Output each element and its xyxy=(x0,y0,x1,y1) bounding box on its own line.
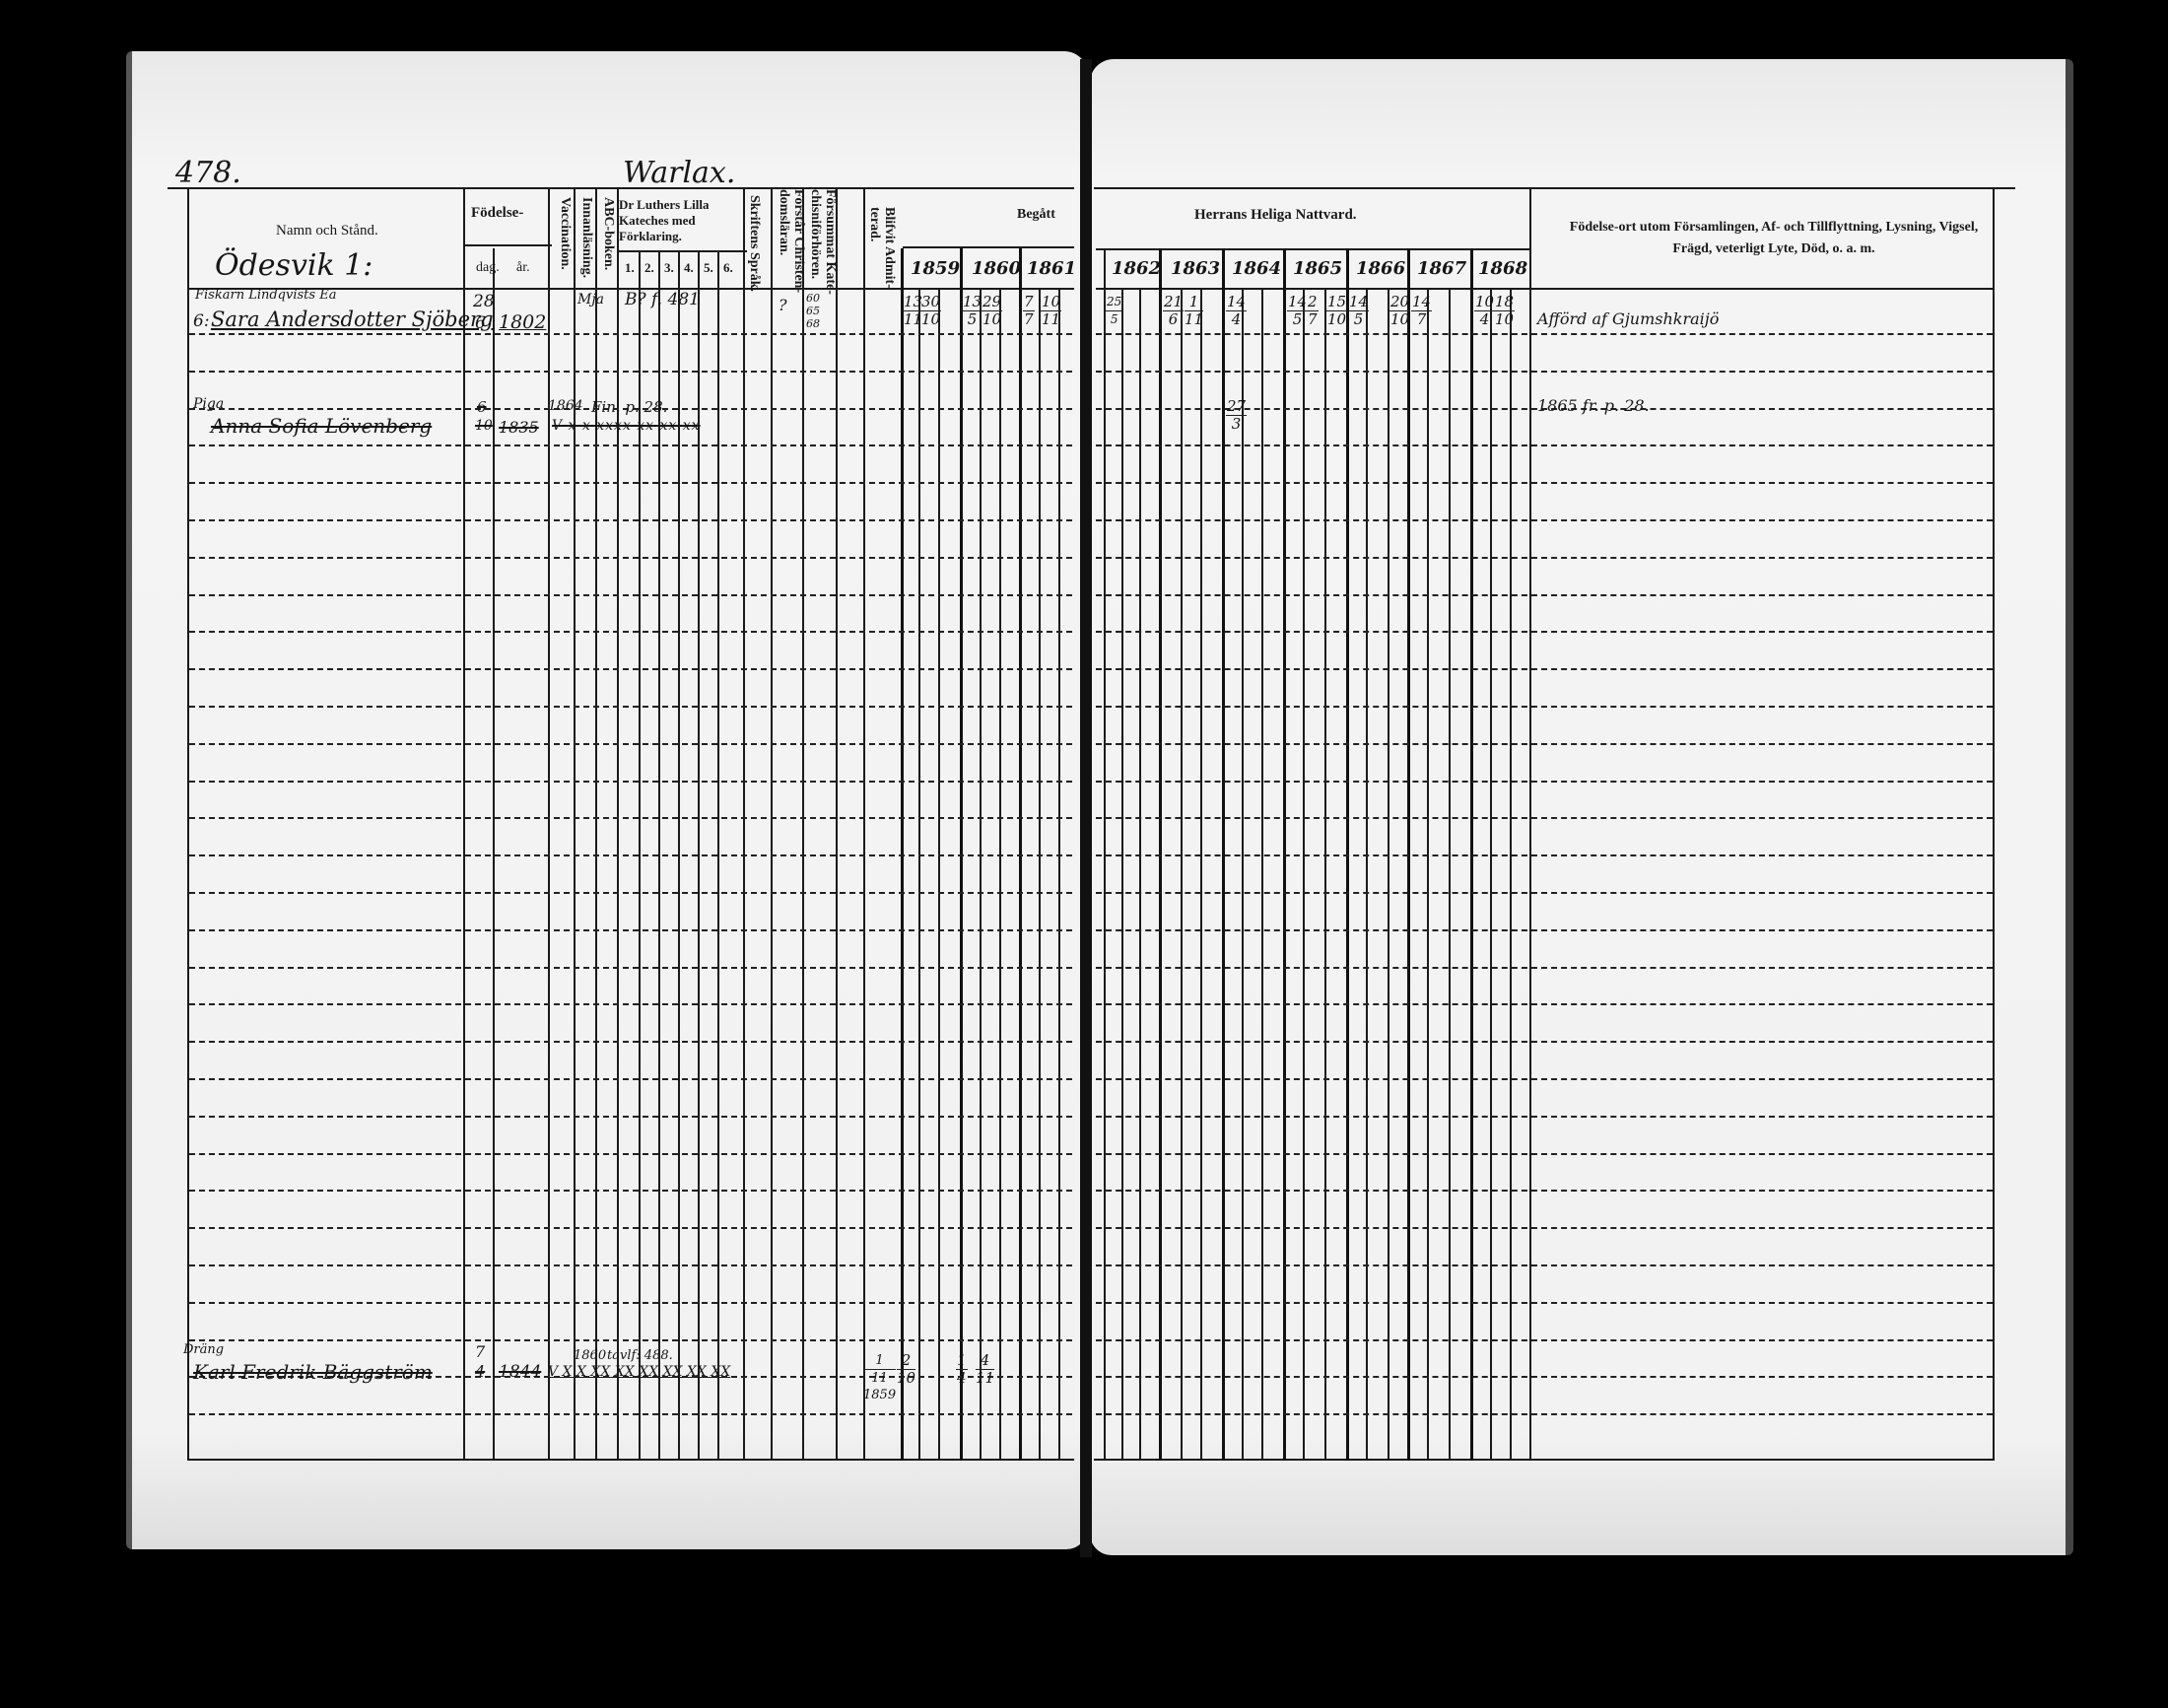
book-gutter xyxy=(1080,59,1092,1557)
row-rule xyxy=(1096,1078,1993,1080)
birth-month: 4 xyxy=(475,1362,485,1381)
communion-1868-b: 1810 xyxy=(1494,294,1515,328)
row-rule xyxy=(189,1190,1072,1192)
row-rule xyxy=(189,854,1072,856)
col-rule xyxy=(1449,290,1451,1461)
communion-1861-b: 1011 xyxy=(1041,294,1061,328)
communion-1864-a: 273 xyxy=(1226,398,1247,433)
row-rule xyxy=(1096,594,1993,596)
year-1859: 1859 xyxy=(911,258,960,279)
birth-year: 1802 xyxy=(499,311,546,333)
header-abc: ABC-boken. xyxy=(601,197,616,286)
communion-1867-a: 147 xyxy=(1411,294,1432,328)
row-rule xyxy=(189,482,1072,484)
row-rule xyxy=(189,1153,1072,1155)
col-rule xyxy=(574,189,576,1461)
col-rule xyxy=(1324,290,1326,1461)
col-rule xyxy=(1058,290,1060,1461)
col-rule xyxy=(1303,290,1305,1461)
col-rule xyxy=(1200,290,1202,1461)
row-rule xyxy=(1096,519,1993,521)
row-rule xyxy=(189,706,1072,708)
row-rule xyxy=(1096,557,1993,559)
col-rule xyxy=(1242,290,1244,1461)
row-rule xyxy=(1096,1376,1993,1378)
communion-1859-a: 210 xyxy=(897,1352,915,1387)
table-border-right xyxy=(1993,189,1995,1461)
header-nattvard: Herrans Heliga Nattvard. xyxy=(1194,207,1357,224)
row-rule xyxy=(189,557,1072,559)
catechism-part-4: 4. xyxy=(684,260,694,276)
communion-1864-a: 144 xyxy=(1226,294,1247,328)
row-rule xyxy=(1096,1041,1993,1043)
birth-month: 10 xyxy=(475,418,493,434)
col-rule xyxy=(1510,290,1512,1461)
col-rule xyxy=(836,189,838,1461)
catechism-marks: V x x xxxx xx xx xx xyxy=(552,418,701,434)
table-bottom-left xyxy=(187,1459,1074,1461)
col-rule xyxy=(617,189,619,1461)
col-rule xyxy=(743,189,745,1461)
header-bottom-rule-right xyxy=(1096,288,1993,290)
row-rule xyxy=(189,631,1072,633)
communion-1860-b: 411 xyxy=(976,1352,994,1387)
birth-year: 1835 xyxy=(499,418,539,437)
row-rule xyxy=(1096,706,1993,708)
col-rule xyxy=(1366,290,1368,1461)
col-rule xyxy=(1181,290,1183,1461)
row-rule xyxy=(1096,1413,1993,1415)
col-rule xyxy=(863,189,865,1461)
communion-1863-b: 111 xyxy=(1185,294,1203,328)
row-rule xyxy=(1096,1302,1993,1304)
communion-1868-a: 104 xyxy=(1474,294,1495,328)
row-rule xyxy=(189,519,1072,521)
catechism-part-3: 3. xyxy=(664,260,674,276)
forstar-value: ? xyxy=(779,296,787,314)
communion-1866-a: 145 xyxy=(1348,294,1369,328)
col-rule xyxy=(1529,189,1531,1461)
entry-name: Karl Fredrik Bäggström xyxy=(193,1360,433,1384)
birth-subrule xyxy=(465,244,552,246)
communion-1860-b: 2910 xyxy=(982,294,1002,328)
row-rule xyxy=(189,1078,1072,1080)
header-vaccination: Vaccination. xyxy=(558,197,573,296)
year-1863: 1863 xyxy=(1171,258,1220,279)
right-page xyxy=(1090,59,2073,1555)
col-rule xyxy=(1121,290,1123,1461)
row-rule xyxy=(189,1116,1072,1118)
parish-name: Warlax. xyxy=(623,156,735,190)
catechism-note: tavlf: 488. xyxy=(607,1348,673,1363)
header-birth-day: dag. xyxy=(476,260,500,276)
communion-1865-b: 27 xyxy=(1307,294,1319,328)
year-1860: 1860 xyxy=(972,258,1021,279)
row-rule xyxy=(1096,743,1993,745)
forsummat-value: 60 65 68 xyxy=(806,292,836,330)
row-rule xyxy=(1096,929,1993,931)
row-rule xyxy=(1096,1227,1993,1229)
col-rule xyxy=(1261,290,1263,1461)
communion-1866-b: 2010 xyxy=(1389,294,1410,328)
header-catechism: Dr Luthers Lilla Katec­hes med Förklarin… xyxy=(619,197,742,244)
header-admitterad: Blifvit Admit­terad. xyxy=(865,207,897,296)
birth-day: 7 xyxy=(475,1342,485,1361)
row-rule xyxy=(1096,1264,1993,1266)
communion-1859-b: 3010 xyxy=(920,294,941,328)
entry-title-line: Piga xyxy=(193,396,224,412)
catechism-note: B? f. 481 xyxy=(625,290,700,309)
header-birth: Födelse- xyxy=(471,205,523,222)
admitterad-value: 1111859 xyxy=(863,1352,896,1403)
col-rule xyxy=(771,189,773,1461)
entry-title-line: Fiskarn Lindqvists Ea xyxy=(195,288,336,303)
header-begatt: Begått xyxy=(1017,207,1055,223)
remark: Afförd af Gjumshkraijö xyxy=(1537,309,1719,328)
col-rule xyxy=(1490,290,1492,1461)
row-rule xyxy=(1096,1116,1993,1118)
row-rule xyxy=(189,1264,1072,1266)
catechism-part-5: 5. xyxy=(704,260,713,276)
year-1866: 1866 xyxy=(1356,258,1405,279)
col-rule xyxy=(918,290,920,1461)
col-rule xyxy=(1139,290,1141,1461)
row-rule xyxy=(1096,371,1993,373)
year-1865: 1865 xyxy=(1293,258,1342,279)
row-rule xyxy=(1096,967,1993,969)
col-rule xyxy=(938,290,940,1461)
row-rule xyxy=(1096,817,1993,819)
col-rule xyxy=(980,290,982,1461)
row-rule xyxy=(189,892,1072,894)
col-rule xyxy=(548,189,550,1461)
col-rule xyxy=(717,252,719,1461)
row-rule xyxy=(189,929,1072,931)
innanlasning-value: 1864 xyxy=(548,398,583,414)
row-rule xyxy=(189,781,1072,783)
row-rule xyxy=(1096,892,1993,894)
row-rule xyxy=(189,333,1072,335)
row-rule xyxy=(189,1227,1072,1229)
row-rule xyxy=(1096,781,1993,783)
communion-1860-a: 135 xyxy=(962,294,982,328)
communion-1865-a: 145 xyxy=(1287,294,1308,328)
entry-title-line: Dräng xyxy=(183,1342,224,1357)
col-rule xyxy=(1039,290,1041,1461)
catechism-part-6: 6. xyxy=(723,260,733,276)
row-rule xyxy=(189,1003,1072,1005)
row-rule xyxy=(189,594,1072,596)
birth-day: 6 xyxy=(477,398,487,416)
row-rule xyxy=(189,1302,1072,1304)
communion-1860-a: 14 xyxy=(956,1352,968,1387)
row-rule xyxy=(189,1339,1072,1341)
row-rule xyxy=(189,743,1072,745)
header-remarks: Födelse-ort utom Församlingen, Af- och T… xyxy=(1557,217,1991,260)
row-rule xyxy=(1096,1339,1993,1341)
catechism-part-2: 2. xyxy=(644,260,654,276)
row-rule xyxy=(189,1413,1072,1415)
row-rule xyxy=(189,371,1072,373)
year-1861: 1861 xyxy=(1027,258,1076,279)
col-rule xyxy=(1427,290,1429,1461)
col-rule xyxy=(463,189,465,1461)
col-rule xyxy=(1388,290,1389,1461)
header-birth-year: år. xyxy=(516,260,530,276)
row-rule xyxy=(189,967,1072,969)
row-rule xyxy=(189,444,1072,446)
year-1868: 1868 xyxy=(1478,258,1527,279)
birth-year: 1844 xyxy=(499,1362,541,1382)
col-rule xyxy=(595,189,597,1461)
communion-1865-c: 1510 xyxy=(1326,294,1347,328)
row-rule xyxy=(1096,444,1993,446)
row-rule xyxy=(1096,854,1993,856)
entry-prefix: 6: xyxy=(193,311,210,331)
communion-1863-a: 216 xyxy=(1163,294,1184,328)
row-rule xyxy=(1096,1003,1993,1005)
year-1862: 1862 xyxy=(1112,258,1161,279)
communion-1862-a: 255 xyxy=(1106,294,1122,328)
col-rule xyxy=(802,189,804,1461)
row-rule xyxy=(189,817,1072,819)
row-rule xyxy=(1096,1190,1993,1192)
catechism-part-1: 1. xyxy=(625,260,635,276)
header-innanlasning: Innanläsning. xyxy=(579,197,594,296)
catechism-marks: V X X XX XX XX XX XX XX xyxy=(548,1364,730,1380)
row-rule xyxy=(1096,482,1993,484)
farm-heading: Ödesvik 1: xyxy=(215,248,373,283)
entry-name: Sara Andersdotter Sjöberg xyxy=(211,307,494,331)
row-rule xyxy=(1096,668,1993,670)
birth-day: 28 xyxy=(473,292,495,311)
row-rule xyxy=(1096,1153,1993,1155)
top-rule-left xyxy=(168,187,1074,189)
entry-name: Anna Sofia Lövenberg xyxy=(211,414,432,438)
row-rule xyxy=(189,668,1072,670)
year-1864: 1864 xyxy=(1232,258,1281,279)
row-rule xyxy=(1096,631,1993,633)
table-bottom-right xyxy=(1094,1459,1993,1461)
catechism-note: Fin. p. 28. xyxy=(591,398,667,416)
row-rule xyxy=(1096,333,1993,335)
header-name: Namn och Stånd. xyxy=(276,223,378,239)
innanlasning-value: Mja xyxy=(577,292,604,307)
innanlasning-value: 1860 xyxy=(574,1348,606,1363)
communion-1861-a: 77 xyxy=(1023,294,1035,328)
birth-month: 6 xyxy=(475,313,486,333)
table-border-left xyxy=(187,189,189,1461)
col-rule xyxy=(999,290,1001,1461)
year-1867: 1867 xyxy=(1417,258,1466,279)
row-rule xyxy=(189,1041,1072,1043)
remark: 1865 fr. p. 28. xyxy=(1537,396,1650,415)
page-number: 478. xyxy=(175,156,241,190)
begatt-subrule xyxy=(903,246,1074,248)
header-forsummat: Försummat Kate­chisniförhören. xyxy=(806,189,838,307)
top-rule-right xyxy=(1094,187,2015,189)
